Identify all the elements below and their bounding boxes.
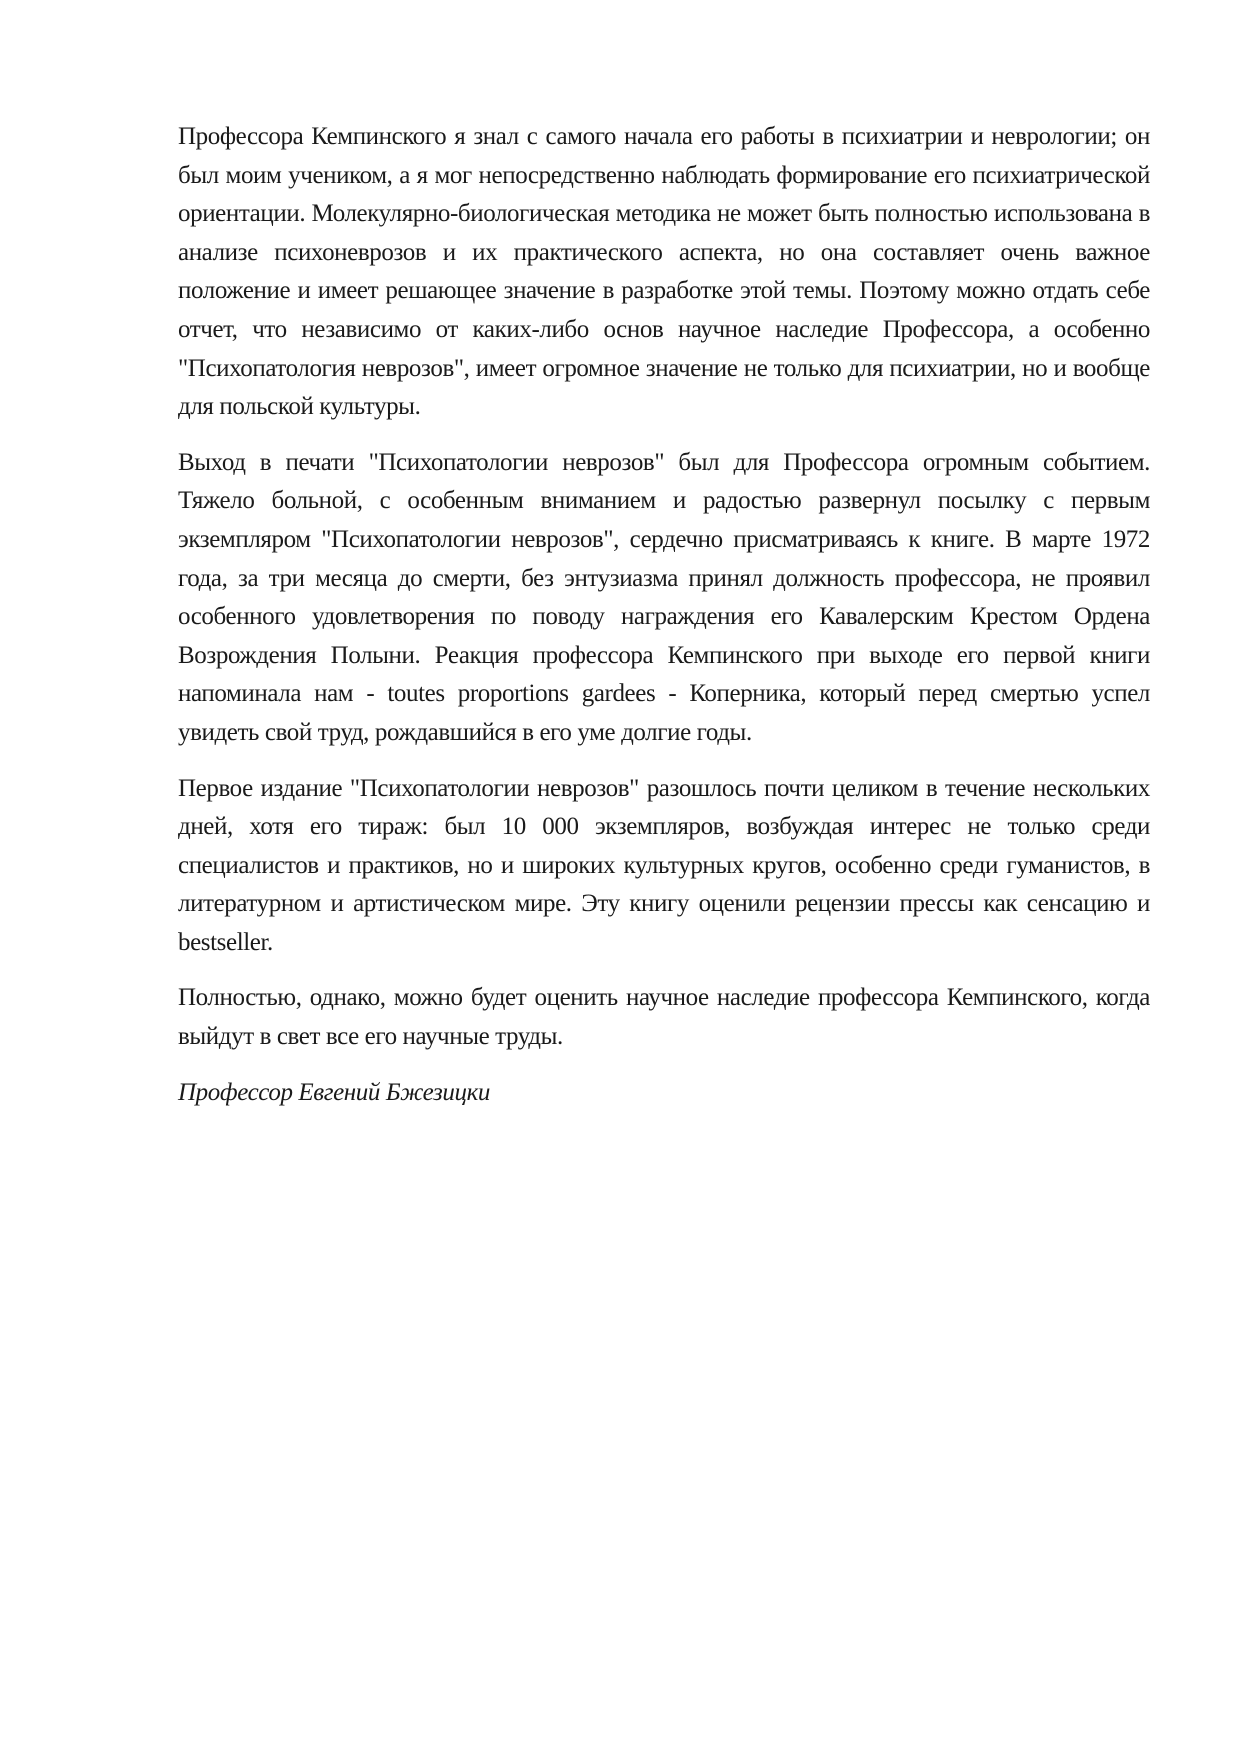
paragraph-3: Первое издание "Психопатологии неврозов"… [178,770,1150,963]
author-signature: Профессор Евгений Бжезицки [178,1074,1150,1113]
document-page: Профессора Кемпинского я знал с самого н… [178,118,1150,1112]
paragraph-4: Полностью, однако, можно будет оценить н… [178,979,1150,1056]
paragraph-2: Выход в печати "Психопатологии неврозов"… [178,444,1150,753]
paragraph-1: Профессора Кемпинского я знал с самого н… [178,118,1150,427]
